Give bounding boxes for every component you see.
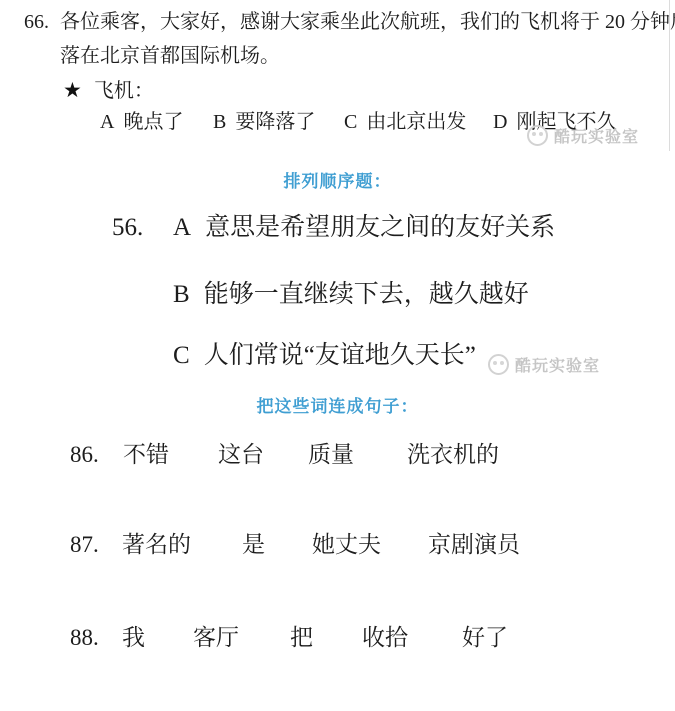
ordering-item-c-letter: C — [173, 342, 190, 369]
question-66-text-line-1: 各位乘客，大家好，感谢大家乘坐此次航班，我们的飞机将于 20 分钟后降 — [60, 10, 675, 34]
option-b-letter: B — [213, 111, 226, 133]
word: 收拾 — [362, 624, 408, 652]
word: 京剧演员 — [428, 531, 520, 559]
ordering-item-a: A意思是希望朋友之间的友好关系 — [173, 213, 555, 243]
option-c: C由北京出发 — [344, 110, 466, 134]
page-edge-line — [669, 0, 670, 151]
question-87-number: 87. — [70, 531, 99, 559]
option-a-text: 晚点了 — [123, 111, 183, 133]
option-b: B要降落了 — [213, 110, 315, 134]
ordering-item-a-text: 意思是希望朋友之间的友好关系 — [205, 214, 555, 241]
question-56-number: 56. — [112, 213, 143, 243]
option-d-letter: D — [493, 111, 507, 133]
word: 她丈夫 — [312, 531, 381, 559]
word: 这台 — [218, 441, 264, 469]
option-c-letter: C — [344, 111, 357, 133]
question-88-row: 88. 我 客厅 把 收拾 好了 — [0, 624, 675, 654]
question-86-row: 86. 不错 这台 质量 洗衣机的 — [0, 441, 675, 471]
option-c-text: 由北京出发 — [366, 111, 466, 133]
ordering-item-b-letter: B — [173, 281, 190, 308]
watermark: 酷玩实验室 — [488, 353, 600, 376]
word: 客厅 — [193, 624, 239, 652]
watermark-text: 酷玩实验室 — [515, 353, 600, 376]
word: 我 — [122, 624, 145, 652]
watermark-logo-icon — [527, 125, 548, 146]
question-66-text-line-2: 落在北京首都国际机场。 — [60, 44, 280, 68]
watermark-logo-icon — [488, 354, 509, 375]
question-88-number: 88. — [70, 624, 99, 652]
option-a: A晚点了 — [100, 110, 183, 134]
word: 质量 — [308, 441, 354, 469]
watermark: 酷玩实验室 — [527, 124, 639, 147]
star-icon: ★ — [63, 78, 82, 102]
option-b-text: 要降落了 — [235, 111, 315, 133]
question-66-stem: ★飞机： — [63, 78, 154, 103]
section-heading-ordering: 排列顺序题： — [0, 171, 675, 192]
word: 洗衣机的 — [407, 441, 499, 469]
exam-page: 66. 各位乘客，大家好，感谢大家乘坐此次航班，我们的飞机将于 20 分钟后降 … — [0, 0, 675, 711]
question-87-row: 87. 著名的 是 她丈夫 京剧演员 — [0, 531, 675, 561]
watermark-text: 酷玩实验室 — [554, 124, 639, 147]
word: 把 — [290, 624, 313, 652]
ordering-item-c-text: 人们常说“友谊地久天长” — [204, 342, 476, 369]
question-86-number: 86. — [70, 441, 99, 469]
section-heading-sentence: 把这些词连成句子： — [0, 396, 675, 417]
word: 好了 — [462, 624, 508, 652]
ordering-item-a-letter: A — [173, 214, 191, 241]
stem-text: 飞机： — [94, 80, 154, 102]
word: 不错 — [123, 441, 169, 469]
ordering-item-b: B能够一直继续下去，越久越好 — [173, 280, 529, 310]
ordering-item-b-text: 能够一直继续下去，越久越好 — [204, 281, 529, 308]
word: 是 — [242, 531, 265, 559]
ordering-item-c: C人们常说“友谊地久天长” — [173, 341, 476, 371]
word: 著名的 — [122, 531, 191, 559]
option-a-letter: A — [100, 111, 114, 133]
question-66-number: 66. — [24, 10, 49, 34]
